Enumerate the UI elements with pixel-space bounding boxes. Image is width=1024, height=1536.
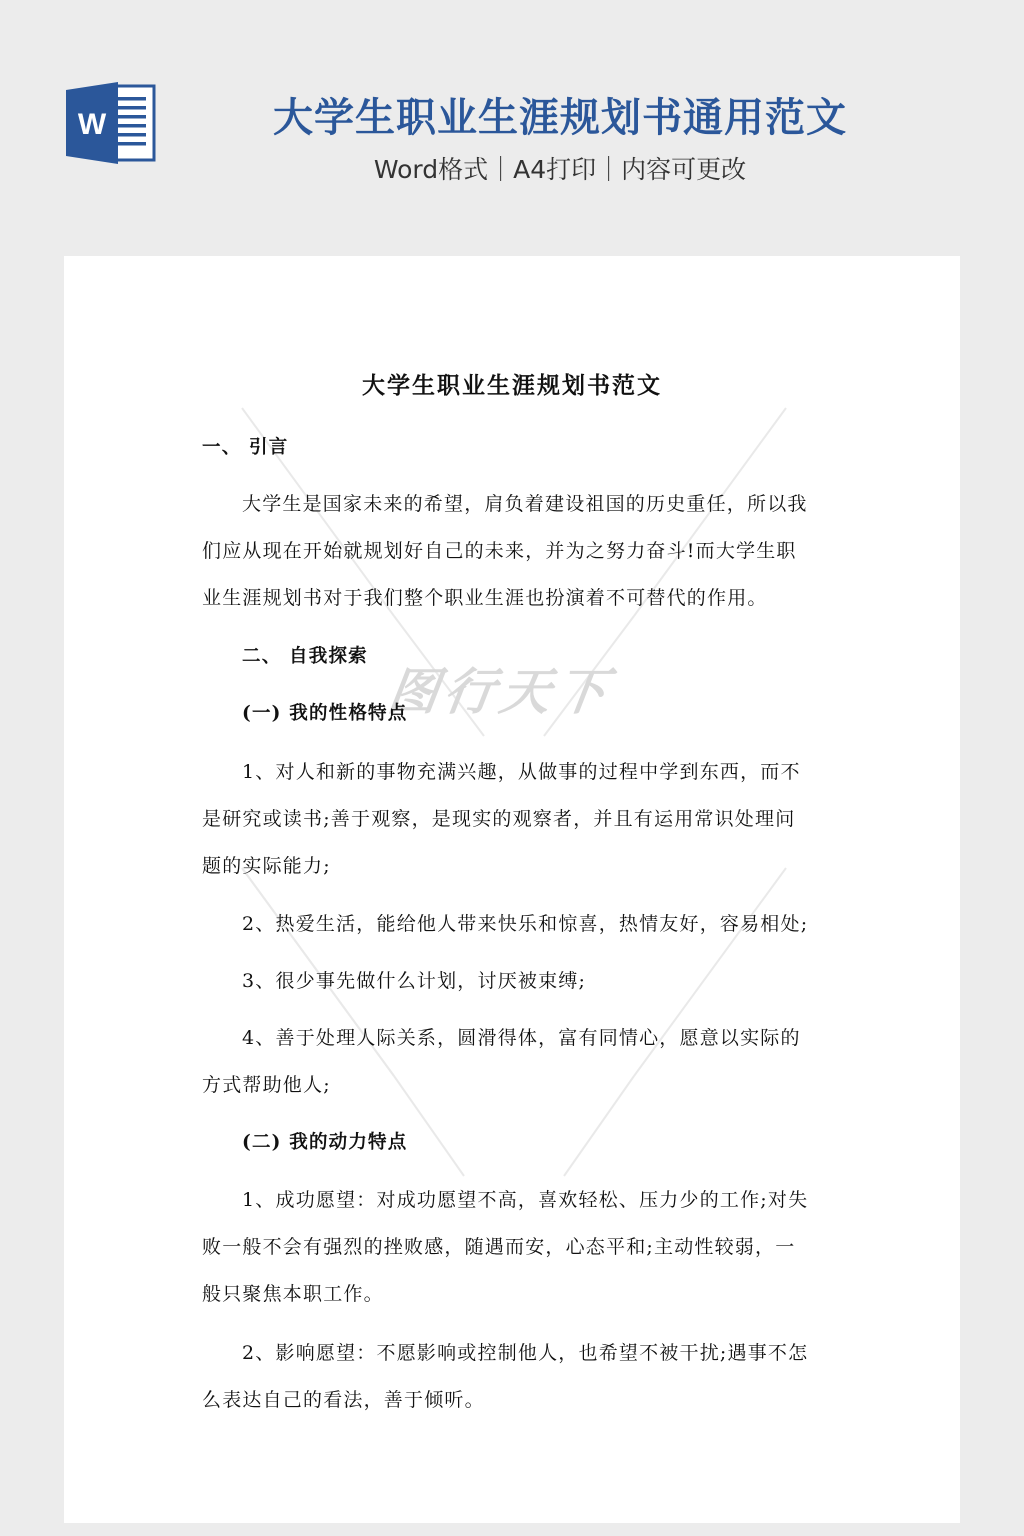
list-item-line: 1、对人和新的事物充满兴趣，从做事的过程中学到东西，而不	[202, 758, 832, 786]
word-icon: W	[64, 80, 156, 164]
paragraph-line: 业生涯规划书对于我们整个职业生涯也扮演着不可替代的作用。	[202, 584, 832, 612]
list-item-line: 败一般不会有强烈的挫败感，随遇而安，心态平和;主动性较弱，一	[202, 1233, 832, 1261]
list-item-line: 4、善于处理人际关系，圆滑得体，富有同情心，愿意以实际的	[202, 1024, 832, 1052]
paragraph-line: 们应从现在开始就规划好自己的未来，并为之努力奋斗!而大学生职	[202, 537, 832, 565]
document-page: 图行天下 大学生职业生涯规划书范文 一、 引言 大学生是国家未来的希望，肩负着建…	[64, 256, 960, 1523]
list-item-line: 般只聚焦本职工作。	[202, 1280, 832, 1308]
svg-text:W: W	[78, 108, 107, 141]
banner: W 大学生职业生涯规划书通用范文 Word格式｜A4打印｜内容可更改	[0, 0, 1024, 256]
document-title: 大学生职业生涯规划书范文	[202, 370, 822, 402]
paragraph-line: 大学生是国家未来的希望，肩负着建设祖国的历史重任，所以我	[202, 490, 832, 518]
list-item-line: 2、影响愿望：不愿影响或控制他人，也希望不被干扰;遇事不怎	[202, 1339, 832, 1367]
banner-subtitle: Word格式｜A4打印｜内容可更改	[230, 152, 890, 188]
banner-title: 大学生职业生涯规划书通用范文	[230, 92, 890, 144]
subheading-motivation: (二) 我的动力特点	[202, 1129, 832, 1157]
list-item-line: 题的实际能力;	[202, 852, 832, 880]
list-item-line: 3、很少事先做什么计划，讨厌被束缚;	[202, 967, 832, 995]
list-item-line: 方式帮助他人;	[202, 1071, 832, 1099]
subheading-personality: (一) 我的性格特点	[202, 700, 832, 728]
section-heading-self-exploration: 二、 自我探索	[202, 643, 832, 671]
list-item-line: 2、热爱生活，能给他人带来快乐和惊喜，热情友好，容易相处;	[202, 910, 832, 938]
list-item-line: 1、成功愿望：对成功愿望不高，喜欢轻松、压力少的工作;对失	[202, 1186, 832, 1214]
list-item-line: 么表达自己的看法，善于倾听。	[202, 1386, 832, 1414]
section-heading-introduction: 一、 引言	[202, 434, 832, 462]
list-item-line: 是研究或读书;善于观察，是现实的观察者，并且有运用常识处理问	[202, 805, 832, 833]
